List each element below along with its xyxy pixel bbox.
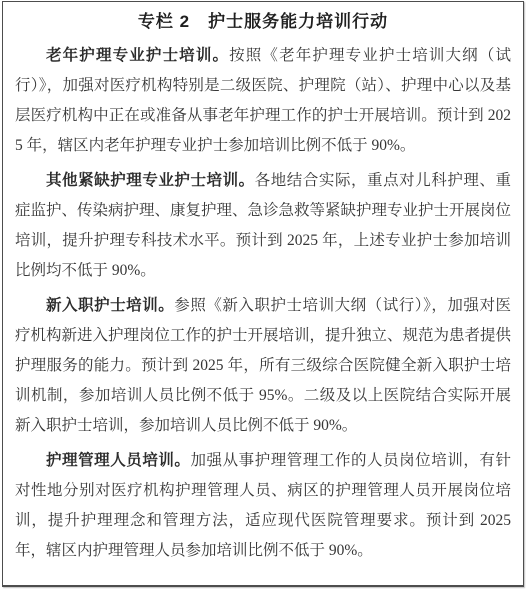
paragraph-elderly-care-training: 老年护理专业护士培训。按照《老年护理专业护士培训大纲（试行）》，加强对医疗机构特… [15, 41, 511, 161]
paragraph-body: 参照《新入职护士培训大纲（试行）》，加强对医疗机构新进入护理岗位工作的护士开展培… [15, 297, 511, 434]
paragraph-shortage-specialty-training: 其他紧缺护理专业护士培训。各地结合实际，重点对儿科护理、重症监护、传染病护理、康… [15, 166, 511, 286]
paragraph-new-nurse-training: 新入职护士培训。参照《新入职护士培训大纲（试行）》，加强对医疗机构新进入护理岗位… [15, 291, 511, 441]
column-box-panel: 专栏 2 护士服务能力培训行动 老年护理专业护士培训。按照《老年护理专业护士培训… [2, 1, 524, 587]
paragraph-nursing-management-training: 护理管理人员培训。加强从事护理管理工作的人员岗位培训，有针对性地分别对医疗机构护… [15, 446, 511, 566]
paragraph-lead: 新入职护士培训。 [46, 297, 174, 314]
paragraph-lead: 护理管理人员培训。 [46, 452, 190, 469]
paragraph-lead: 老年护理专业护士培训。 [46, 47, 229, 64]
page-title: 专栏 2 护士服务能力培训行动 [13, 11, 513, 33]
paragraph-lead: 其他紧缺护理专业护士培训。 [46, 172, 255, 189]
